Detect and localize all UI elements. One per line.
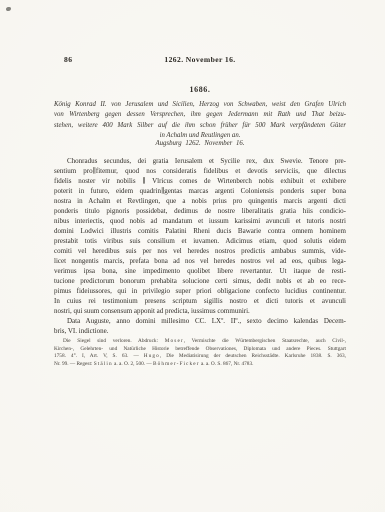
- apparatus-line: Nr. 99. — Regest: Stälin a. a. O. 2, 500…: [54, 361, 346, 369]
- apparatus-text: Nr. 99. — Regest:: [54, 361, 94, 367]
- apparatus-text: 1758. 4°. I, Art. V, S. 63. —: [54, 353, 144, 359]
- apparatus-text: , Vermischte die Würtembergischen Staats…: [184, 338, 346, 344]
- running-head: 1262. November 16.: [164, 55, 235, 64]
- charter-text-line: ponderis titulo pignoris possidebat, ded…: [54, 206, 346, 216]
- charter-text-line: sentium pro∥fitemur, quod nos considerat…: [54, 166, 346, 176]
- scanned-page: 86 1262. November 16. 1686. König Konrad…: [0, 0, 385, 512]
- regest-summary: König Konrad II. von Jerusalem und Sicil…: [54, 100, 346, 142]
- charter-text-line: prestabit totis viribus suis consilium e…: [54, 236, 346, 246]
- regest-line: von Wirtenberg gegen dessen Versprechen,…: [54, 110, 346, 120]
- apparatus-line: Kirchen-, Gelehrten- und Natürliche Hist…: [54, 346, 346, 354]
- apparatus-text: a. a. O. S. 867, Nr. 4783.: [200, 361, 254, 367]
- apparatus-text: Die Siegel sind verloren. Abdruck:: [63, 338, 165, 344]
- charter-text-line: nostra in Achalm et Revtlingen, que a no…: [54, 196, 346, 206]
- apparatus-notes: Die Siegel sind verloren. Abdruck: Moser…: [54, 338, 346, 368]
- charter-text-line: pimus fideiussores, qui in privilegio su…: [54, 286, 346, 296]
- charter-date-line: Data Auguste, anno domini millesimo CC. …: [54, 316, 346, 326]
- charter-text-line: verimus ipsa bona, sine impedimento quol…: [54, 266, 346, 276]
- cited-author: Hugo: [144, 353, 160, 359]
- charter-text-line: nostri, qui suum consensum apponit ad pr…: [54, 306, 346, 316]
- regest-line: König Konrad II. von Jerusalem und Sicil…: [54, 100, 346, 110]
- cited-author: Moser: [165, 338, 184, 344]
- charter-text-line: fidelis noster vir nobilis ∥ Vlricus com…: [54, 176, 346, 186]
- apparatus-text: , Die Mediatisirung der deutschen Reichs…: [160, 353, 346, 359]
- scan-artifact: [6, 7, 11, 11]
- charter-number: 1686.: [54, 85, 346, 94]
- page-header: 86 1262. November 16.: [54, 55, 346, 64]
- charter-text-line: poterit in futuro, eidem quadrin∥gentas …: [54, 186, 346, 196]
- cited-author: Stälin: [94, 361, 113, 367]
- charter-text-line: comiti vel heredibus suis per nos vel he…: [54, 246, 346, 256]
- charter-text-line: licet nongentis marcis, prefata bona ad …: [54, 256, 346, 266]
- charter-text: Chonradus secundus, dei gratia Ierusalem…: [54, 156, 346, 336]
- charter-text-line: tucione predictorum bonorum prehabita so…: [54, 276, 346, 286]
- charter-date-line: bris, VI. indictione.: [54, 326, 346, 336]
- apparatus-line: 1758. 4°. I, Art. V, S. 63. — Hugo, Die …: [54, 353, 346, 361]
- regest-line: stehen, weitere 400 Mark Silber auf die …: [54, 121, 346, 131]
- apparatus-text: Kirchen-, Gelehrten- und Natürliche Hist…: [54, 346, 346, 352]
- apparatus-text: a. a. O. 2, 500. —: [113, 361, 153, 367]
- charter-text-line: Chonradus secundus, dei gratia Ierusalem…: [54, 156, 346, 166]
- page-number: 86: [64, 55, 72, 64]
- apparatus-line: Die Siegel sind verloren. Abdruck: Moser…: [54, 338, 346, 346]
- charter-text-line: In cuius rei testimonium presens scriptu…: [54, 296, 346, 306]
- charter-text-line: domini Lodwici illustris comitis Palatin…: [54, 226, 346, 236]
- place-date-line: Augsburg 1262. November 16.: [54, 140, 346, 147]
- charter-text-line: nibus interiectis, quod nobis ad mandatu…: [54, 216, 346, 226]
- cited-author: Böhmer-Ficker: [153, 361, 200, 367]
